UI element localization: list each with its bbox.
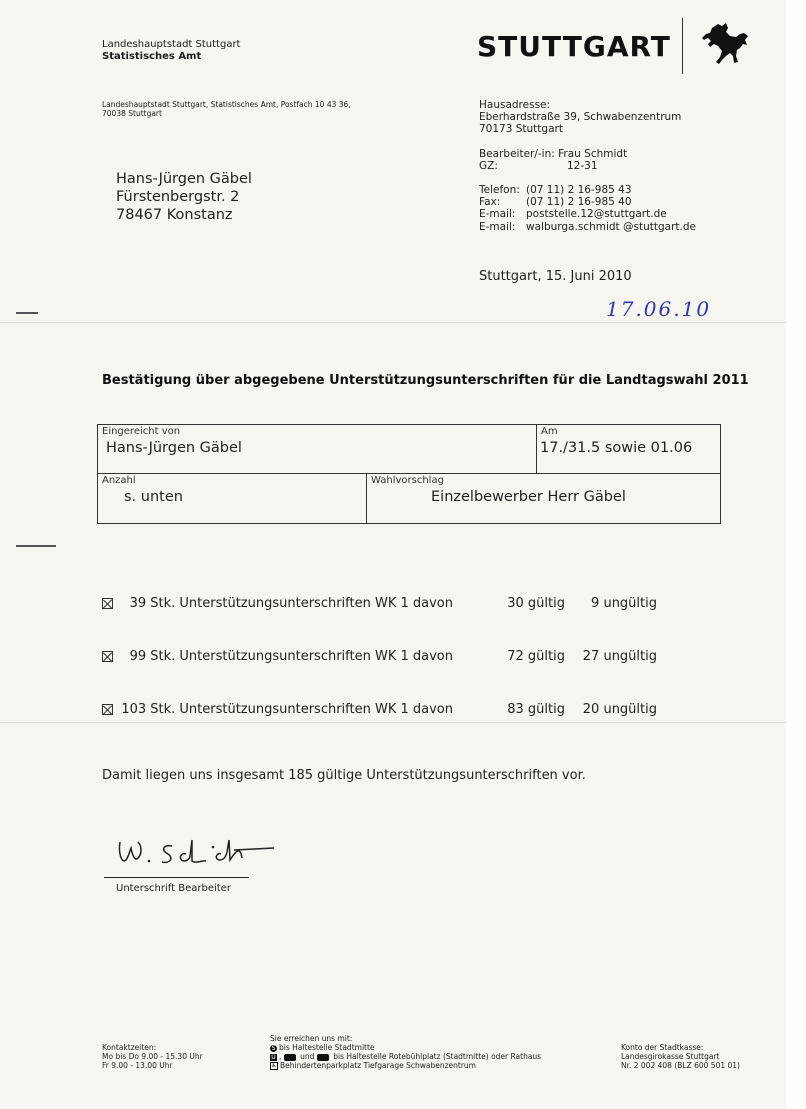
department-name: Statistisches Amt (102, 51, 240, 63)
stuttgart-logo: STUTTGART (477, 30, 671, 63)
contact-hours-line: Fr 9.00 - 13.00 Uhr (102, 1061, 203, 1070)
fold-line (0, 722, 786, 723)
field-value: Einzelbewerber Herr Gäbel (431, 489, 626, 505)
field-label: Eingereicht von (102, 426, 180, 437)
return-address: Landeshauptstadt Stuttgart, Statistische… (102, 100, 351, 118)
logo-divider (682, 18, 683, 74)
valid-count: 30 gültig (485, 596, 565, 611)
wheelchair-parking-icon: ♿ (270, 1062, 278, 1070)
row-description: 39 Stk. Unterstützungsunterschriften WK … (102, 596, 453, 611)
address-street: Eberhardstraße 39, Schwabenzentrum (479, 111, 696, 123)
handwritten-received-date: 17.06.10 (606, 297, 711, 321)
recipient-street: Fürstenbergstr. 2 (116, 188, 252, 206)
proposal-field: Wahlvorschlag Einzelbewerber Herr Gäbel (366, 473, 721, 524)
email-row: E-mail:poststelle.12@stuttgart.de (479, 208, 696, 220)
transit-row-sbahn: Sbis Haltestelle Stadtmitte (270, 1043, 541, 1052)
document-title: Bestätigung über abgegebene Unterstützun… (102, 373, 749, 388)
fax-row: Fax:(07 11) 2 16-985 40 (479, 196, 696, 208)
gz-label: GZ: (479, 160, 567, 172)
field-value: 17./31.5 sowie 01.06 (540, 440, 692, 456)
phone-row: Telefon:(07 11) 2 16-985 43 (479, 184, 696, 196)
gz-value: 12-31 (567, 160, 598, 172)
email-label: E-mail: (479, 208, 526, 220)
email-link[interactable]: walburga.schmidt @stuttgart.de (526, 221, 696, 233)
recipient-address: Hans-Jürgen Gäbel Fürstenbergstr. 2 7846… (116, 170, 252, 224)
contact-hours-line: Mo bis Do 9.00 - 15.30 Uhr (102, 1052, 203, 1061)
transit-text: und (300, 1052, 314, 1061)
field-label: Am (541, 426, 558, 437)
submitted-by-field: Eingereicht von Hans-Jürgen Gäbel (97, 424, 537, 474)
row-description: 99 Stk. Unterstützungsunterschriften WK … (102, 649, 453, 664)
invalid-count: 9 ungültig (557, 596, 657, 611)
address-city: 70173 Stuttgart (479, 123, 696, 135)
signature-count-row: 39 Stk. Unterstützungsunterschriften WK … (102, 596, 662, 614)
handler-label: Bearbeiter/-in: (479, 148, 555, 160)
bank-account: Nr. 2 002 408 (BLZ 600 501 01) (621, 1061, 740, 1070)
field-value: s. unten (124, 489, 183, 505)
fax-value: (07 11) 2 16-985 40 (526, 196, 632, 208)
sbahn-icon: S (270, 1045, 277, 1052)
field-label: Anzahl (102, 475, 136, 486)
valid-count: 72 gültig (485, 649, 565, 664)
transit-text: bis Haltestelle Rotebühlplatz (Stadtmitt… (333, 1052, 541, 1061)
row-description: 103 Stk. Unterstützungsunterschriften WK… (102, 702, 453, 717)
invalid-count: 20 ungültig (557, 702, 657, 717)
recipient-city: 78467 Konstanz (116, 206, 252, 224)
invalid-count: 27 ungültig (557, 649, 657, 664)
handwritten-signature (116, 830, 276, 875)
contact-hours: Kontaktzeiten: Mo bis Do 9.00 - 15.30 Uh… (102, 1043, 203, 1070)
bus-icon (317, 1054, 329, 1061)
email-label: E-mail: (479, 221, 526, 233)
sender-organization: Landeshauptstadt Stuttgart Statistisches… (102, 39, 240, 63)
return-address-line: 70038 Stuttgart (102, 109, 351, 118)
address-label: Hausadresse: (479, 99, 696, 111)
org-name: Landeshauptstadt Stuttgart (102, 39, 240, 51)
transit-directions: Sie erreichen uns mit: Sbis Haltestelle … (270, 1034, 541, 1070)
phone-value: (07 11) 2 16-985 43 (526, 184, 632, 196)
transit-text: bis Haltestelle Stadtmitte (279, 1043, 375, 1052)
scan-margin (786, 0, 806, 1109)
email-row: E-mail:walburga.schmidt @stuttgart.de (479, 221, 696, 233)
ubahn-icon: U (270, 1054, 277, 1061)
fold-mark (16, 312, 38, 314)
date-submitted-field: Am 17./31.5 sowie 01.06 (536, 424, 721, 474)
tram-icon (284, 1054, 296, 1061)
summary-text: Damit liegen uns insgesamt 185 gültige U… (102, 768, 586, 783)
signature-count-row: 99 Stk. Unterstützungsunterschriften WK … (102, 649, 662, 667)
signature-count-row: 103 Stk. Unterstützungsunterschriften WK… (102, 702, 662, 720)
field-label: Wahlvorschlag (371, 475, 444, 486)
fax-label: Fax: (479, 196, 526, 208)
count-field: Anzahl s. unten (97, 473, 367, 524)
email-link[interactable]: poststelle.12@stuttgart.de (526, 208, 667, 220)
transit-text: Behindertenparkplatz Tiefgarage Schwaben… (280, 1061, 476, 1070)
handler-row: Bearbeiter/-in: Frau Schmidt (479, 148, 696, 160)
fold-line (0, 322, 786, 323)
recipient-name: Hans-Jürgen Gäbel (116, 170, 252, 188)
transit-row-parking: ♿Behindertenparkplatz Tiefgarage Schwabe… (270, 1061, 541, 1070)
rearing-horse-icon (700, 20, 752, 66)
bank-name: Landesgirokasse Stuttgart (621, 1052, 740, 1061)
bank-title: Konto der Stadtkasse: (621, 1043, 740, 1052)
return-address-line: Landeshauptstadt Stuttgart, Statistische… (102, 100, 351, 109)
valid-count: 83 gültig (485, 702, 565, 717)
contact-block: Hausadresse: Eberhardstraße 39, Schwaben… (479, 99, 696, 233)
punch-mark (16, 545, 56, 547)
bank-details: Konto der Stadtkasse: Landesgirokasse St… (621, 1043, 740, 1070)
phone-label: Telefon: (479, 184, 526, 196)
gz-row: GZ:12-31 (479, 160, 696, 172)
signature-label: Unterschrift Bearbeiter (116, 883, 231, 894)
field-value: Hans-Jürgen Gäbel (106, 440, 242, 456)
transit-title: Sie erreichen uns mit: (270, 1034, 541, 1043)
contact-hours-title: Kontaktzeiten: (102, 1043, 203, 1052)
signature-line (104, 877, 249, 878)
handler-value: Frau Schmidt (558, 148, 627, 160)
transit-row-ubahn: U, und bis Haltestelle Rotebühlplatz (St… (270, 1052, 541, 1061)
letter-date: Stuttgart, 15. Juni 2010 (479, 269, 632, 284)
